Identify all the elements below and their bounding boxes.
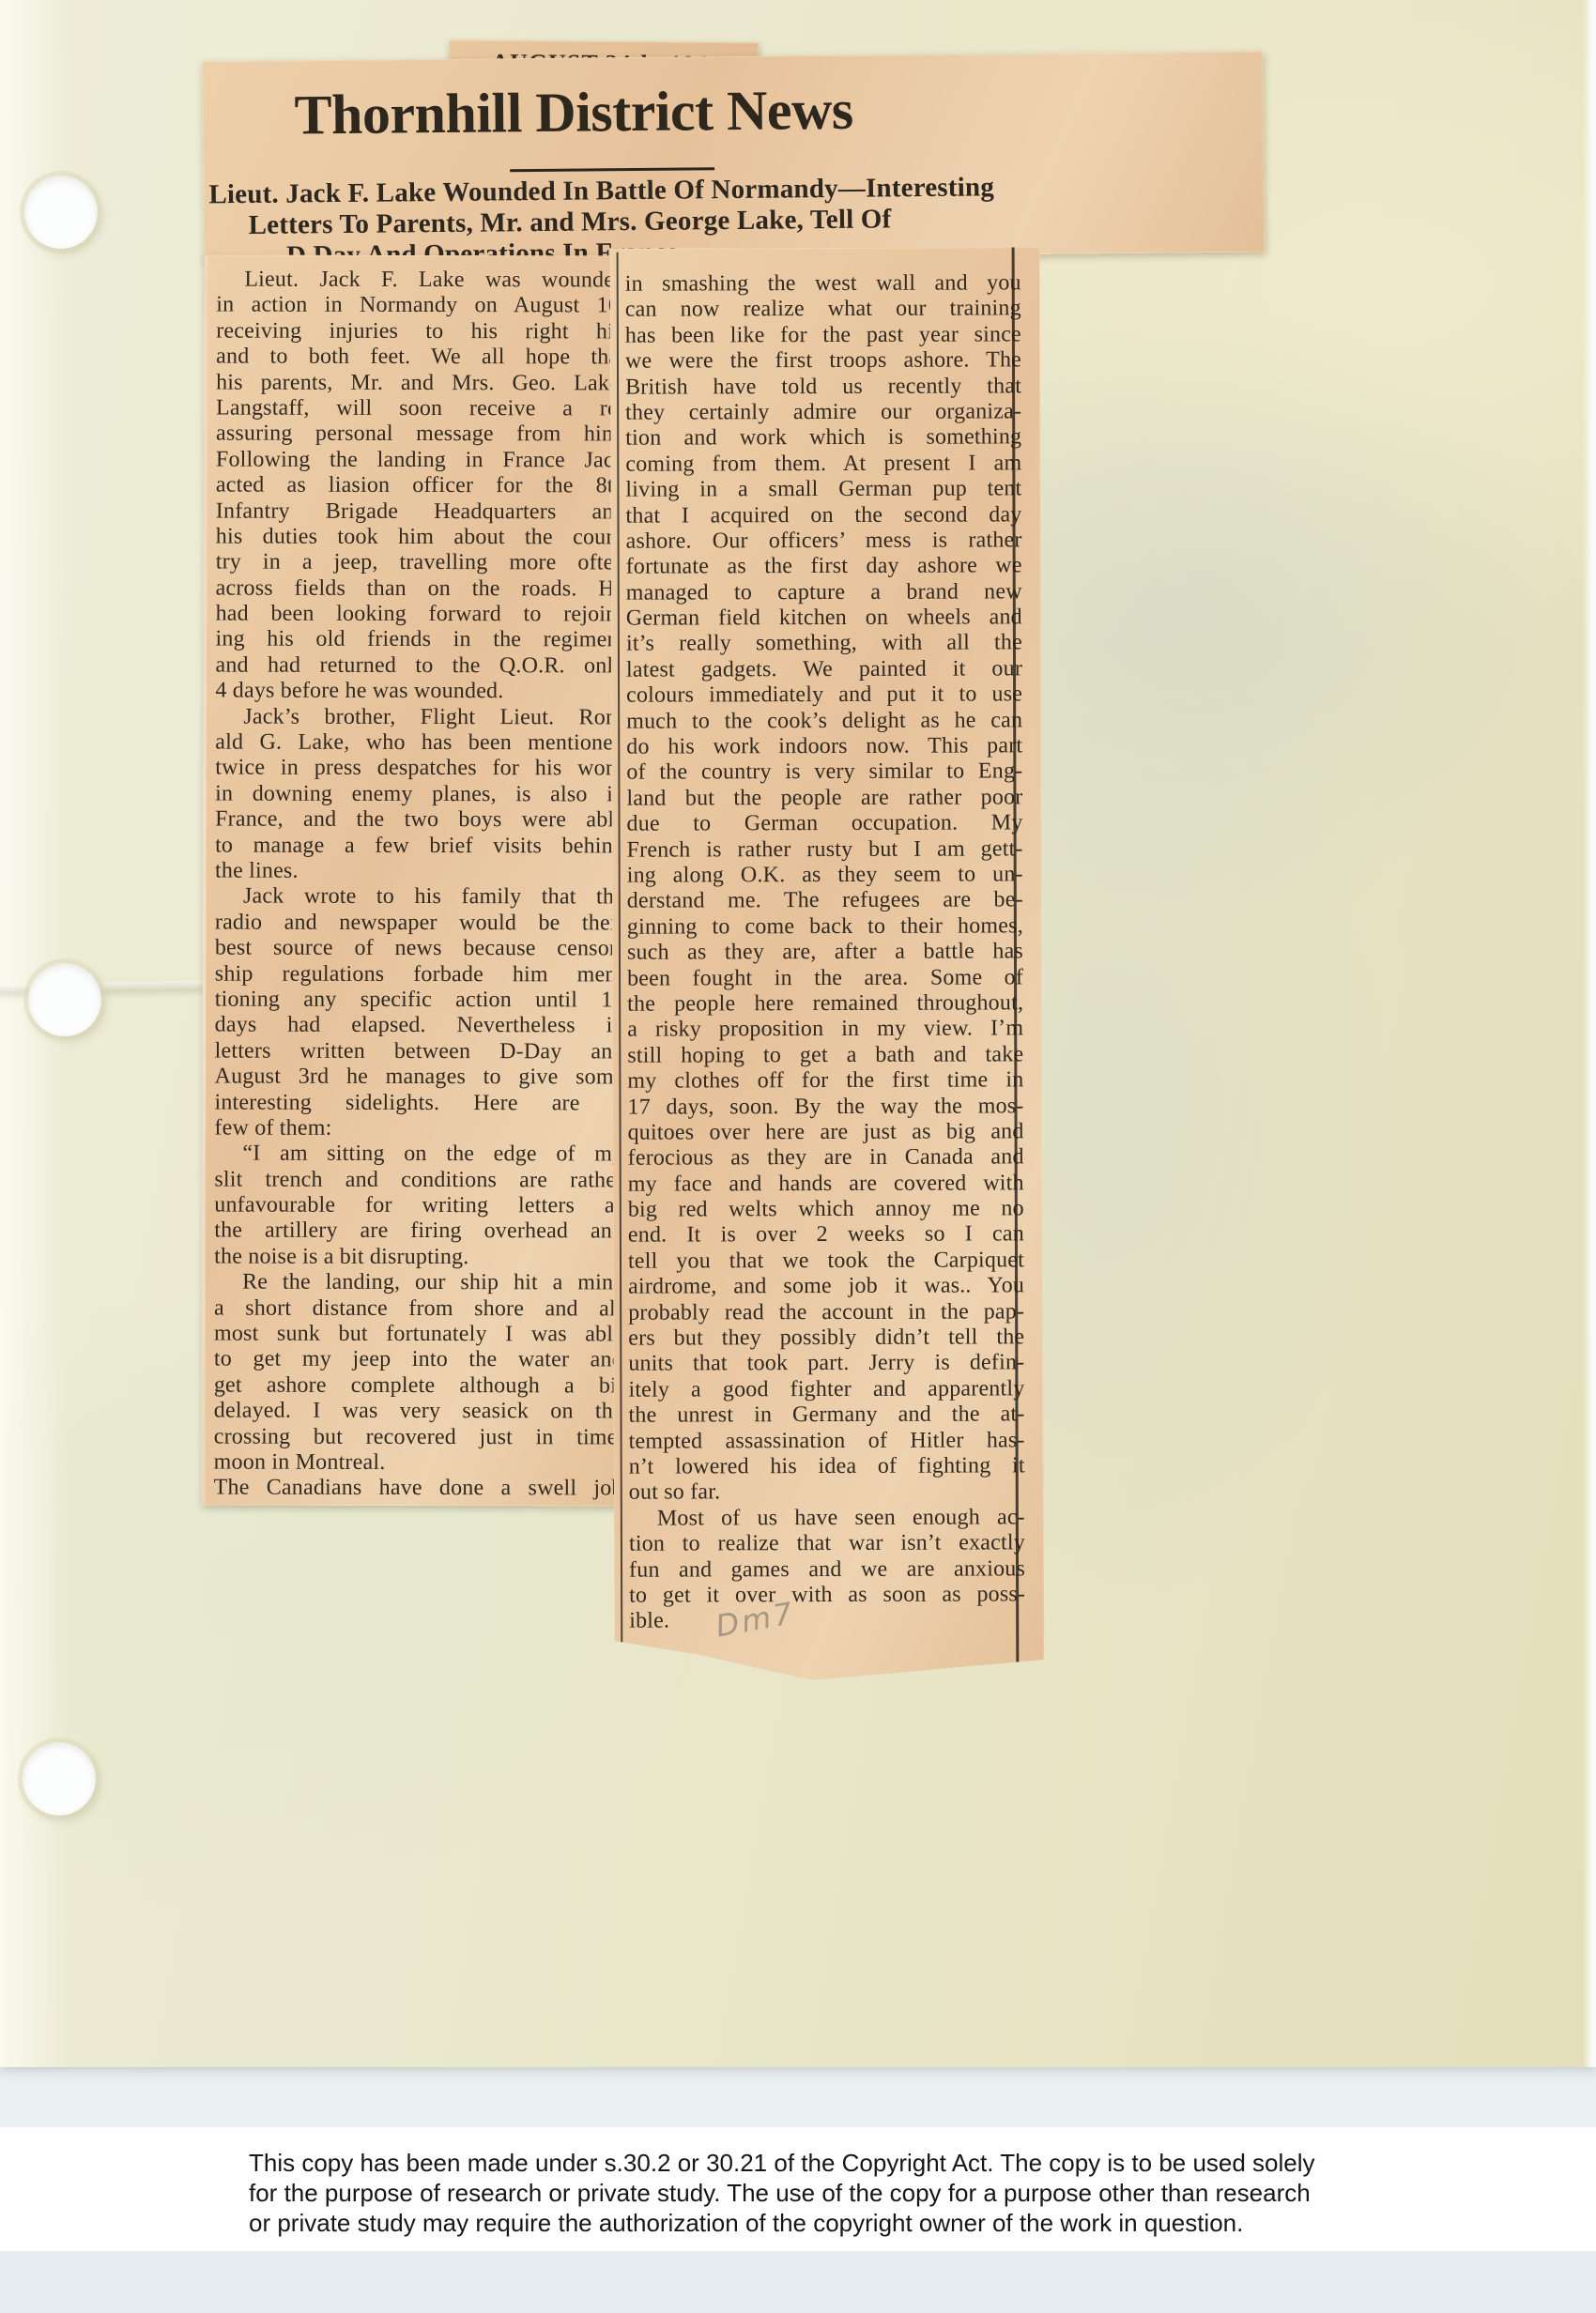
article-line: Infantry Brigade Headquarters and xyxy=(216,498,625,525)
article-line: and had returned to the Q.O.R. only xyxy=(215,652,624,679)
article-line: try in a jeep, travelling more often xyxy=(216,550,625,576)
article-line: had been looking forward to rejoin- xyxy=(216,602,625,628)
punch-hole xyxy=(28,963,101,1036)
article-line: the artillery are firing overhead and xyxy=(214,1218,623,1245)
article-line: most sunk but fortunately I was able xyxy=(214,1322,623,1348)
headline-rule xyxy=(510,167,714,172)
article-line: get ashore complete although a bit xyxy=(214,1372,623,1399)
article-line: it’s really something, with all the xyxy=(626,631,1022,658)
article-line: ing his old friends in the regiment xyxy=(216,627,625,653)
article-title: Thornhill District News xyxy=(294,78,853,147)
article-line: best source of news because censor- xyxy=(215,936,624,962)
article-line: tioning any specific action until 14 xyxy=(215,987,624,1013)
article-line: end. It is over 2 weeks so I can xyxy=(628,1222,1024,1249)
punch-hole xyxy=(23,1742,96,1815)
article-line: to get my jeep into the water and xyxy=(214,1347,623,1373)
article-line: few of them: xyxy=(214,1115,623,1141)
left-column-text: Lieut. Jack F. Lake was woundedin action… xyxy=(205,255,637,1503)
article-line: tion to realize that war isn’t exactly xyxy=(629,1530,1025,1557)
article-line: French is rather rusty but I am gett- xyxy=(627,836,1023,864)
article-line: in smashing the west wall and you xyxy=(625,270,1021,298)
article-line: Following the landing in France Jack xyxy=(216,447,625,473)
article-line: in downing enemy planes, is also in xyxy=(215,781,624,807)
article-line: a risky proposition in my view. I’m xyxy=(627,1017,1023,1044)
article-line: still hoping to get a bath and take xyxy=(627,1042,1023,1069)
article-line: slit trench and conditions are rather xyxy=(214,1167,623,1193)
copyright-line: This copy has been made under s.30.2 or … xyxy=(249,2127,1596,2178)
article-line: coming from them. At present I am xyxy=(625,451,1021,478)
page-right-edge xyxy=(1583,0,1596,2067)
article-line: land but the people are rather poor xyxy=(626,785,1022,812)
article-line: out so far. xyxy=(629,1479,1025,1507)
article-line: can now realize what our training xyxy=(625,297,1021,324)
article-line: do his work indoors now. This part xyxy=(626,733,1022,760)
article-line: Lieut. Jack F. Lake was wounded xyxy=(216,268,625,294)
article-line: latest gadgets. We painted it our xyxy=(626,656,1022,683)
article-line: ginning to come back to their homes, xyxy=(627,913,1023,941)
article-line: to get it over with as soon as poss- xyxy=(629,1582,1025,1609)
article-line: my face and hands are covered with xyxy=(628,1171,1024,1198)
article-line: receiving injuries to his right hip xyxy=(216,318,625,345)
article-line: managed to capture a brand new xyxy=(626,579,1022,606)
article-line: to manage a few brief visits behind xyxy=(215,833,624,859)
article-line: 4 days before he was wounded. xyxy=(215,679,624,705)
article-line: probably read the account in the pap- xyxy=(628,1299,1024,1326)
article-line: days had elapsed. Nevertheless in xyxy=(215,1013,624,1039)
article-line: ashore. Our officers’ mess is rather xyxy=(626,528,1022,555)
article-line: the unrest in Germany and the at- xyxy=(628,1402,1024,1430)
article-line: German field kitchen on wheels and xyxy=(626,605,1022,632)
article-line: has been like for the past year since xyxy=(625,322,1021,349)
article-line: across fields than on the roads. He xyxy=(216,575,625,602)
article-line: letters written between D-Day and xyxy=(215,1038,624,1065)
article-line: ing along O.K. as they seem to un- xyxy=(627,862,1023,889)
article-line: crossing but recovered just in time. xyxy=(214,1424,623,1450)
copyright-notice: This copy has been made under s.30.2 or … xyxy=(0,2127,1596,2251)
scanner-background-band xyxy=(0,2251,1596,2313)
article-line: units that took part. Jerry is defin- xyxy=(628,1351,1024,1378)
article-line: radio and newspaper would be their xyxy=(215,910,624,936)
article-line: big red welts which annoy me no xyxy=(628,1196,1024,1223)
article-line: Jack’s brother, Flight Lieut. Ron- xyxy=(215,704,624,730)
article-line: August 3rd he manages to give some xyxy=(215,1065,624,1091)
article-line: ferocious as they are in Canada and xyxy=(628,1145,1024,1172)
article-line: his parents, Mr. and Mrs. Geo. Lake, xyxy=(216,370,625,396)
article-line: “I am sitting on the edge of my xyxy=(214,1141,623,1168)
copyright-line: or private study may require the authori… xyxy=(249,2208,1596,2238)
clipping-headline: Thornhill District News Lieut. Jack F. L… xyxy=(202,52,1265,263)
article-line: n’t lowered his idea of fighting it xyxy=(629,1453,1025,1480)
article-line: much to the cook’s delight as he can xyxy=(626,708,1022,735)
article-line: fun and games and we are anxious xyxy=(629,1556,1025,1584)
article-line: The Canadians have done a swell job xyxy=(214,1476,623,1502)
article-line: Re the landing, our ship hit a mine xyxy=(214,1270,623,1296)
article-line: delayed. I was very seasick on the xyxy=(214,1399,623,1425)
article-line: moon in Montreal. xyxy=(214,1450,623,1477)
article-line: ible. xyxy=(629,1608,1025,1635)
article-line: ship regulations forbade him men- xyxy=(215,961,624,988)
copyright-line: for the purpose of research or private s… xyxy=(249,2178,1596,2208)
article-line: of the country is very similar to Eng- xyxy=(626,759,1022,787)
subhead-line: Letters To Parents, Mr. and Mrs. George … xyxy=(249,205,892,240)
article-line: his duties took him about the coun- xyxy=(216,524,625,550)
article-line: colours immediately and put it to use xyxy=(626,682,1022,710)
article-line: and to both feet. We all hope that xyxy=(216,345,625,371)
article-line: Jack wrote to his family that the xyxy=(215,884,624,911)
scrapbook-page: . AUGUST 24th, 1944. Thornhill District … xyxy=(0,0,1596,2067)
article-line: quitoes over here are just as big and xyxy=(628,1119,1024,1146)
article-line: they certainly admire our organiza- xyxy=(625,399,1021,426)
article-line: fortunate as the first day ashore we xyxy=(626,554,1022,581)
article-line: Most of us have seen enough ac- xyxy=(629,1505,1025,1532)
article-line: derstand me. The refugees are be- xyxy=(627,888,1023,915)
article-line: tell you that we took the Carpiquet xyxy=(628,1248,1024,1275)
article-line: unfavourable for writing letters as xyxy=(214,1193,623,1219)
article-line: due to German occupation. My xyxy=(626,811,1022,838)
article-line: twice in press despatches for his work xyxy=(215,756,624,782)
article-line: Langstaff, will soon receive a re- xyxy=(216,395,625,421)
article-line: such as they are, after a battle has xyxy=(627,939,1023,966)
right-column-text: in smashing the west wall and youcan now… xyxy=(610,247,1045,1634)
article-line: the noise is a bit disrupting. xyxy=(214,1244,623,1270)
article-line: assuring personal message from him. xyxy=(216,421,625,448)
article-line: we were the first troops ashore. The xyxy=(625,348,1021,375)
article-line: France, and the two boys were able xyxy=(215,807,624,834)
article-line: airdrome, and some job it was.. You xyxy=(628,1274,1024,1301)
article-line: ers but they possibly didn’t tell the xyxy=(628,1325,1024,1352)
article-line: in action in Normandy on August 10, xyxy=(216,293,625,319)
article-line: tempted assassination of Hitler has- xyxy=(629,1428,1025,1455)
scrapbook-scan: . AUGUST 24th, 1944. Thornhill District … xyxy=(0,0,1596,2313)
clipping-left-column: Lieut. Jack F. Lake was woundedin action… xyxy=(202,255,637,1507)
punch-hole xyxy=(24,176,98,249)
clipping-right-column: in smashing the west wall and youcan now… xyxy=(610,247,1045,1680)
article-line: tion and work which is something xyxy=(625,425,1021,452)
article-line: ald G. Lake, who has been mentioned xyxy=(215,730,624,757)
article-line: living in a small German pup tent xyxy=(625,476,1021,503)
article-line: the people here remained throughout, xyxy=(627,990,1023,1018)
article-line: been fought in the area. Some of xyxy=(627,965,1023,992)
article-line: the lines. xyxy=(215,859,624,885)
article-line: acted as liasion officer for the 8th xyxy=(216,473,625,499)
article-line: my clothes off for the first time in xyxy=(627,1067,1023,1095)
article-line: that I acquired on the second day xyxy=(625,502,1021,529)
article-line: interesting sidelights. Here are a xyxy=(214,1090,623,1116)
article-line: British have told us recently that xyxy=(625,374,1021,401)
article-line: 17 days, soon. By the way the mos- xyxy=(627,1094,1023,1121)
article-line: a short distance from shore and al- xyxy=(214,1295,623,1322)
article-line: itely a good fighter and apparently xyxy=(628,1376,1024,1403)
